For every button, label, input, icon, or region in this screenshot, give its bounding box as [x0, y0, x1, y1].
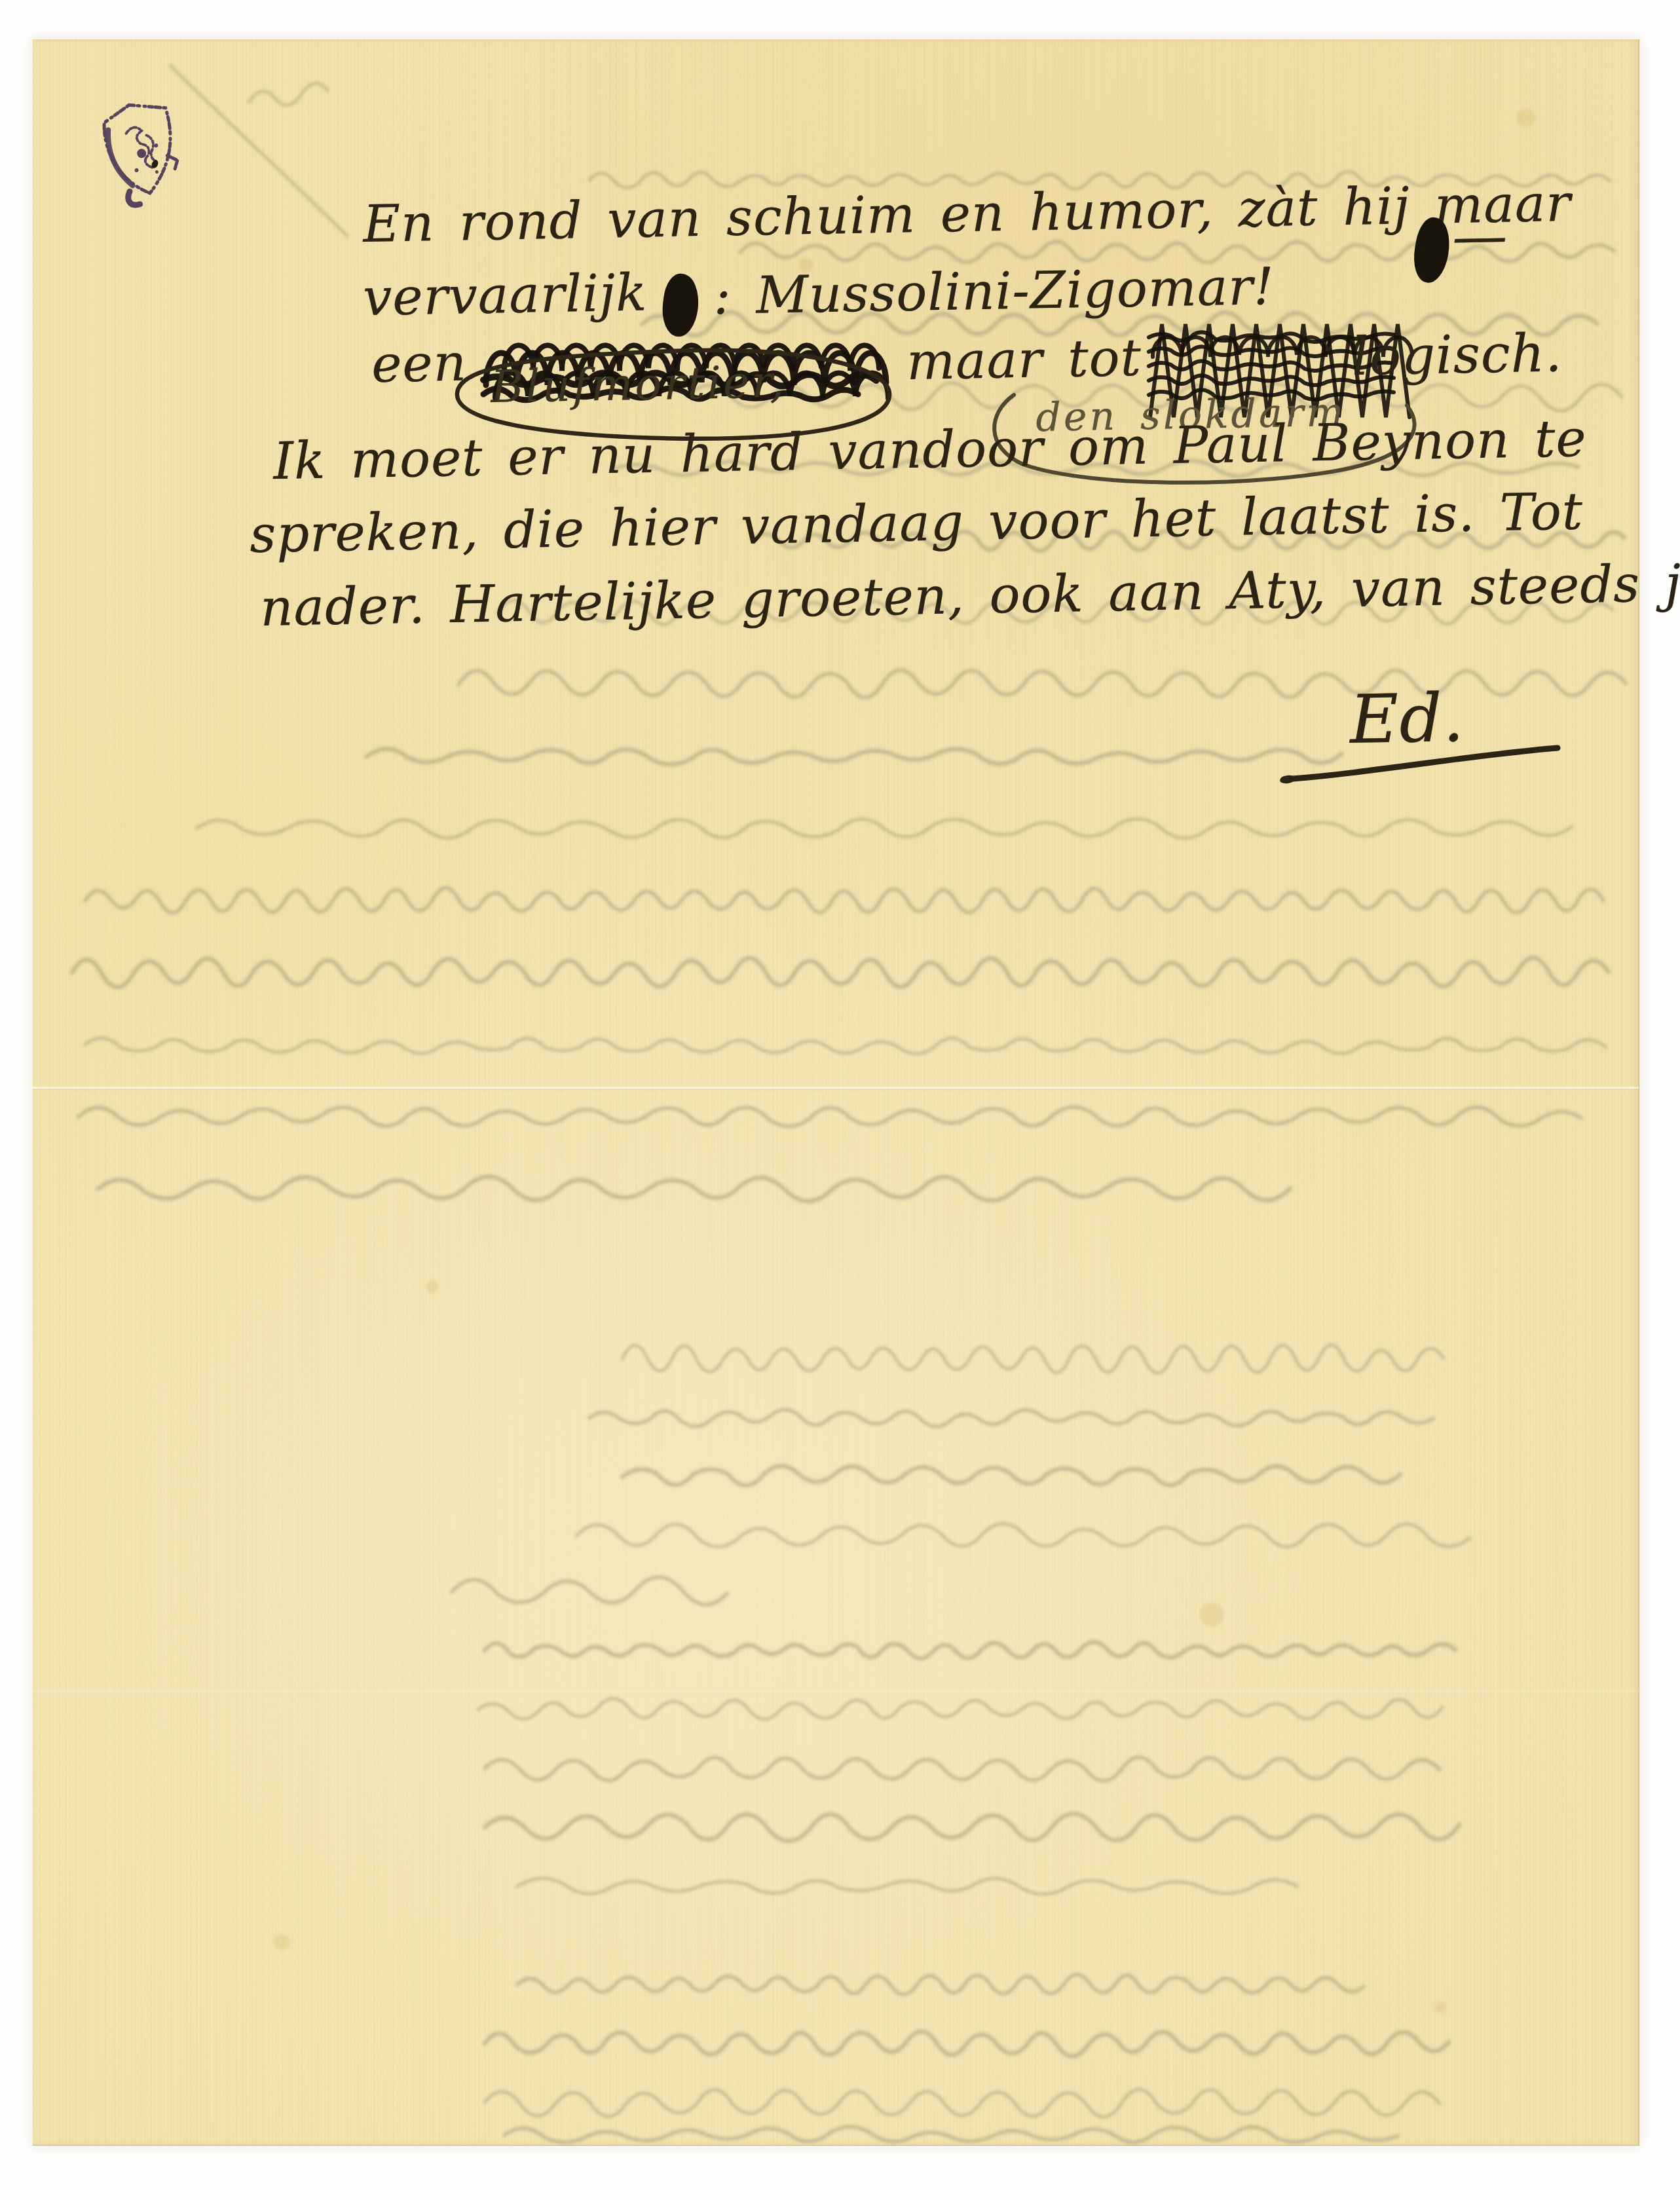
signature-underline: [1277, 741, 1565, 791]
letter-paper: En rond van schuim en humor, zàt hij maa…: [33, 39, 1639, 2146]
circled-note-1: Blufmortier,: [491, 356, 787, 413]
letter-scan: En rond van schuim en humor, zàt hij maa…: [0, 0, 1680, 2200]
dash-mark: —: [1451, 204, 1508, 269]
shield-ink-stamp: [93, 97, 191, 212]
